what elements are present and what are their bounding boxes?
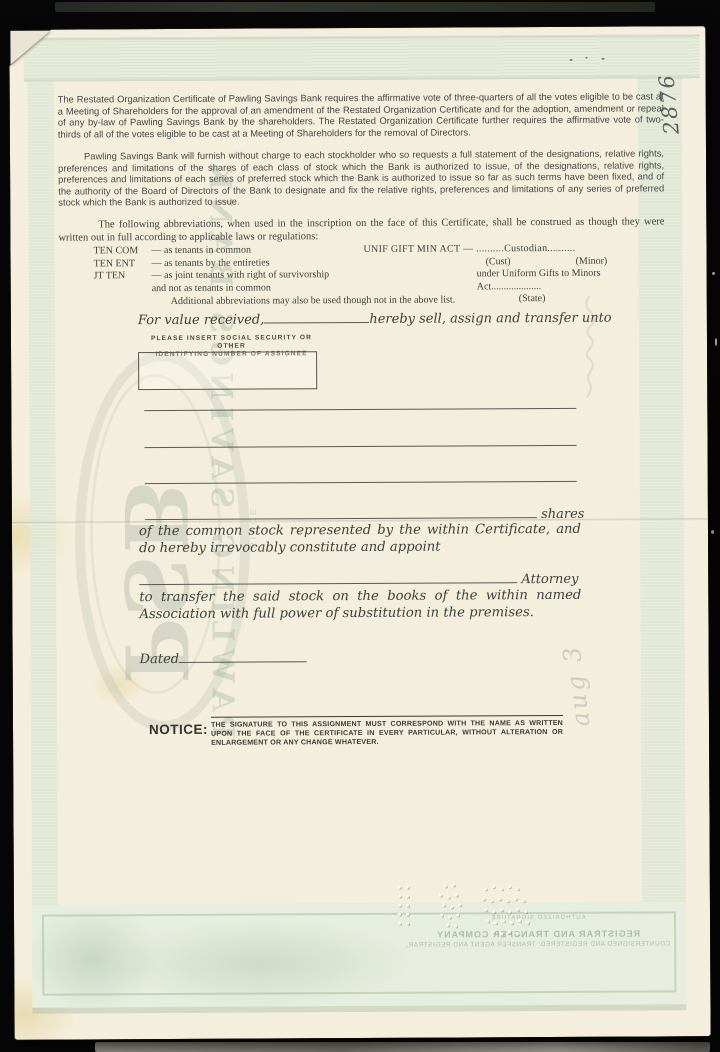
for-value-received-row: For value received,hereby sell, assign a… [138,308,578,328]
unif-cust-minor-row: (Cust) (Minor) [364,255,654,269]
abbrev-desc: — as tenants by the entireties [152,257,344,271]
dust-speck [711,530,714,534]
transfer-clause: to transfer the said stock on the books … [139,587,581,623]
shares-label: shares [541,507,584,522]
additional-abbreviations-note: Additional abbreviations may also be use… [171,294,455,306]
restated-certificate-paragraph: The Restated Organization Certificate of… [58,90,664,140]
ink-speck [602,58,605,60]
ssn-number-box[interactable] [138,351,317,390]
furnish-statement-paragraph: Pawling Savings Bank will furnish withou… [58,147,664,208]
scanner-edge-sheet-top [55,2,655,12]
abbrev-desc: — as joint tenants with right of survivo… [152,269,330,295]
dust-speck [715,338,717,346]
attorney-name-blank[interactable] [139,569,517,585]
unif-cust-label: (Cust) [486,256,511,269]
dated-label: Dated [140,652,179,667]
corner-fold-flap [10,31,50,65]
assignee-name-blank[interactable] [264,309,369,324]
ssn-instruction-line1: PLEASE INSERT SOCIAL SECURITY OR OTHER [139,334,324,351]
attorney-row: Attorney [139,569,584,589]
abbrev-desc: — as tenants in common [151,244,343,258]
abbrev-row-jt-ten: JT TEN — as joint tenants with right of … [94,269,344,295]
for-value-received-label: For value received, [138,312,265,328]
ghost-authorized-signature: AUTHORIZED SIGNATURE [374,914,702,922]
notice-text: THE SIGNATURE TO THIS ASSIGNMENT MUST CO… [211,715,563,748]
abbrev-code: TEN COM [93,245,151,258]
unif-under-line: under Uniform Gifts to Minors [477,267,654,280]
dated-blank[interactable] [179,648,307,663]
notice-label: NOTICE: [149,722,208,737]
unif-act-line: Act.................... [477,280,654,293]
unif-state-label: (State) [519,292,654,305]
ink-speck [586,57,588,59]
ink-speck [570,59,573,61]
scanner-edge-sheet-bottom [95,1042,710,1052]
ghost-registrar-company: REGISTRAR AND TRANSFER COMPANY [374,928,702,940]
attorney-label: Attorney [521,572,578,587]
abbrev-code: TEN ENT [94,258,152,271]
common-stock-clause: of the common stock represented by the w… [139,521,581,557]
unif-minor-label: (Minor) [576,255,608,268]
dust-speck [712,272,715,275]
dated-row: Dated [140,648,308,667]
ghost-border-band-top [23,34,699,82]
ghost-registrar-block-mirrored: AUTHORIZED SIGNATURE REGISTRAR AND TRANS… [374,914,702,949]
abbreviations-intro: The following abbreviations, when used i… [58,215,664,244]
ghost-border-band-left [28,82,59,1007]
certificate-back-page: PSB PAWLING SAVINGS BANK SINCE AUTHORIZE… [9,26,710,1040]
shares-count-blank[interactable] [145,504,537,520]
handwritten-faint-note: aug 3 [554,615,598,728]
sell-assign-transfer-label: hereby sell, assign and transfer unto [369,311,611,327]
abbreviations-left-column: TEN COM — as tenants in common TEN ENT —… [93,244,343,295]
abbrev-code: JT TEN [94,270,152,295]
